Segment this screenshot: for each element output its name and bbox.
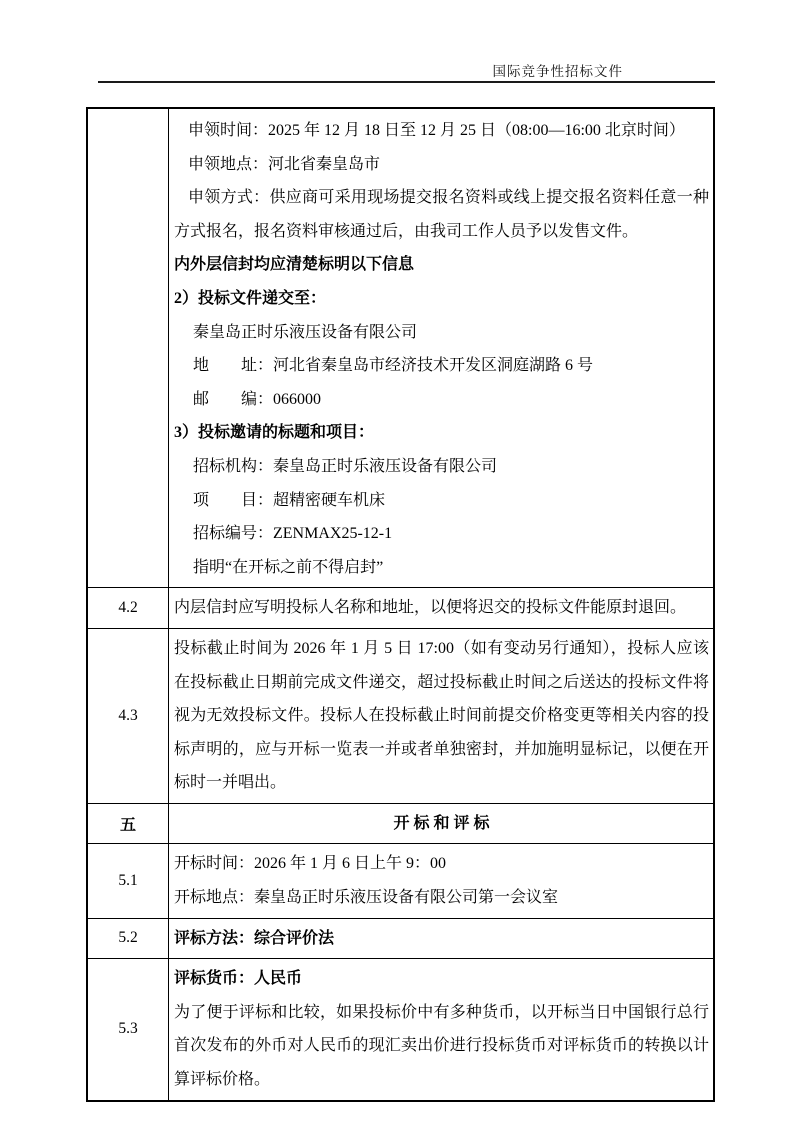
clause-number-4-2: 4.2 bbox=[88, 588, 169, 628]
table-row: 4.3 投标截止时间为 2026 年 1 月 5 日 17:00（如有变动另行通… bbox=[88, 628, 713, 803]
intro-line-collection-place: 申领地点：河北省秦皇岛市 bbox=[174, 148, 709, 182]
intro-line-tender-agency: 招标机构：秦皇岛正时乐液压设备有限公司 bbox=[174, 450, 709, 484]
intro-line-company-name: 秦皇岛正时乐液压设备有限公司 bbox=[174, 316, 709, 350]
clause-5-2-text: 评标方法：综合评价法 bbox=[174, 922, 709, 956]
clause-intro-content: 申领时间：2025 年 12 月 18 日至 12 月 25 日（08:00—1… bbox=[169, 109, 713, 587]
intro-line-project-name: 项 目：超精密硬车机床 bbox=[174, 484, 709, 518]
clause-5-3-currency: 评标货币：人民币 bbox=[174, 962, 709, 996]
clause-5-3-text: 为了便于评标和比较，如果投标价中有多种货币，以开标当日中国银行总行首次发布的外币… bbox=[174, 996, 709, 1097]
intro-line-submit-to-heading: 2）投标文件递交至： bbox=[174, 282, 709, 316]
clause-5-1-open-place: 开标地点：秦皇岛正时乐液压设备有限公司第一会议室 bbox=[174, 881, 709, 915]
bidding-instructions-table: 申领时间：2025 年 12 月 18 日至 12 月 25 日（08:00—1… bbox=[86, 107, 715, 1102]
clause-number-4-3: 4.3 bbox=[88, 629, 169, 803]
table-row: 4.2 内层信封应写明投标人名称和地址，以便将迟交的投标文件能原封退回。 bbox=[88, 587, 713, 628]
clause-number-5-2: 5.2 bbox=[88, 919, 169, 959]
clause-number-cell-empty bbox=[88, 109, 169, 587]
intro-line-seal-note: 指明“在开标之前不得启封” bbox=[174, 551, 709, 585]
clause-number-5-3: 5.3 bbox=[88, 959, 169, 1099]
table-row: 5.2 评标方法：综合评价法 bbox=[88, 918, 713, 959]
intro-line-title-project-heading: 3）投标邀请的标题和项目： bbox=[174, 416, 709, 450]
clause-4-3-content: 投标截止时间为 2026 年 1 月 5 日 17:00（如有变动另行通知），投… bbox=[169, 629, 713, 803]
clause-5-1-content: 开标时间：2026 年 1 月 6 日上午 9：00 开标地点：秦皇岛正时乐液压… bbox=[169, 844, 713, 917]
section-5-title: 开 标 和 评 标 bbox=[174, 807, 709, 841]
table-row: 五 开 标 和 评 标 bbox=[88, 803, 713, 844]
clause-4-3-text: 投标截止时间为 2026 年 1 月 5 日 17:00（如有变动另行通知），投… bbox=[174, 632, 709, 800]
page-header-rule bbox=[98, 81, 715, 83]
page-header-title: 国际竞争性招标文件 bbox=[98, 60, 715, 80]
intro-line-collection-time: 申领时间：2025 年 12 月 18 日至 12 月 25 日（08:00—1… bbox=[174, 114, 709, 148]
clause-4-2-text: 内层信封应写明投标人名称和地址，以便将迟交的投标文件能原封退回。 bbox=[174, 591, 709, 625]
document-page: 国际竞争性招标文件 申领时间：2025 年 12 月 18 日至 12 月 25… bbox=[0, 0, 800, 1132]
clause-5-1-open-time: 开标时间：2026 年 1 月 6 日上午 9：00 bbox=[174, 847, 709, 881]
section-5-content: 开 标 和 评 标 bbox=[169, 804, 713, 844]
table-row: 5.1 开标时间：2026 年 1 月 6 日上午 9：00 开标地点：秦皇岛正… bbox=[88, 843, 713, 917]
intro-line-envelope-note: 内外层信封均应清楚标明以下信息 bbox=[174, 248, 709, 282]
table-row: 5.3 评标货币：人民币 为了便于评标和比较，如果投标价中有多种货币，以开标当日… bbox=[88, 958, 713, 1099]
clause-5-3-content: 评标货币：人民币 为了便于评标和比较，如果投标价中有多种货币，以开标当日中国银行… bbox=[169, 959, 713, 1099]
intro-line-tender-number: 招标编号：ZENMAX25-12-1 bbox=[174, 517, 709, 551]
clause-4-2-content: 内层信封应写明投标人名称和地址，以便将迟交的投标文件能原封退回。 bbox=[169, 588, 713, 628]
clause-5-2-content: 评标方法：综合评价法 bbox=[169, 919, 713, 959]
section-number-5: 五 bbox=[88, 804, 169, 844]
clause-number-5-1: 5.1 bbox=[88, 844, 169, 917]
intro-line-postcode: 邮 编：066000 bbox=[174, 383, 709, 417]
table-row: 申领时间：2025 年 12 月 18 日至 12 月 25 日（08:00—1… bbox=[88, 109, 713, 587]
intro-line-address: 地 址：河北省秦皇岛市经济技术开发区洞庭湖路 6 号 bbox=[174, 349, 709, 383]
intro-line-collection-method: 申领方式：供应商可采用现场提交报名资料或线上提交报名资料任意一种方式报名，报名资… bbox=[174, 181, 709, 248]
